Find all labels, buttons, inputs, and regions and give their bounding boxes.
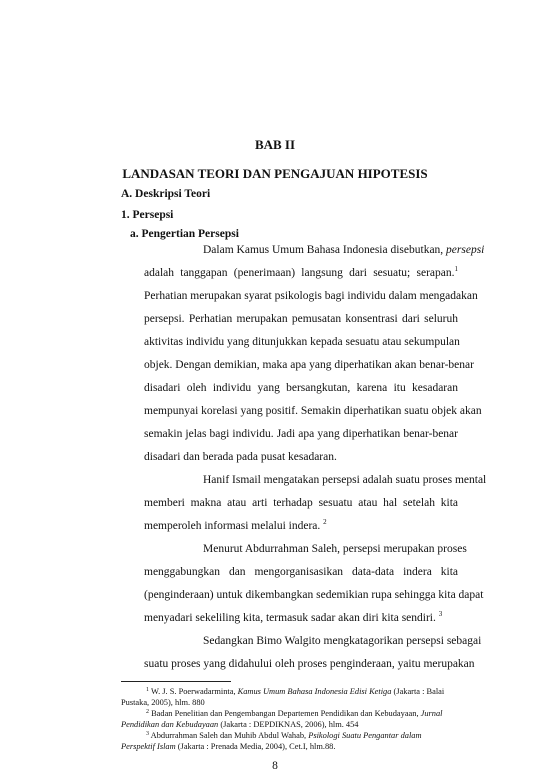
footnote-ref[interactable]: 2 [323,518,327,526]
chapter-title: LANDASAN TEORI DAN PENGAJUAN HIPOTESIS [0,166,550,182]
document-page: BAB II LANDASAN TEORI DAN PENGAJUAN HIPO… [0,0,550,777]
body-line: persepsi. Perhatian merupakan pemusatan … [144,312,458,326]
body-line: Dalam Kamus Umum Bahasa Indonesia disebu… [203,243,458,257]
footnote-3-cont: Perspektif Islam (Jakarta : Prenada Medi… [121,741,335,752]
footnote-2: 2 Badan Penelitian dan Pengembangan Depa… [146,708,443,719]
body-line: Sedangkan Bimo Walgito mengkatagorikan p… [203,634,458,648]
footnote-2-cont: Pendidikan dan Kebudayaan (Jakarta : DEP… [121,719,359,730]
section-heading-a: A. Deskripsi Teori [121,188,210,200]
body-line: menyadari sekeliling kita, termasuk sada… [144,611,458,625]
body-line: suatu proses yang didahului oleh proses … [144,657,458,671]
page-number: 8 [0,760,550,772]
footnote-ref[interactable]: 3 [439,610,443,618]
footnote-3: 3 Abdurrahman Saleh dan Muhib Abdul Waha… [146,730,422,741]
body-line: semakin jelas bagi individu. Jadi apa ya… [144,427,458,441]
body-line: menggabungkan dan mengorganisasikan data… [144,565,458,579]
subsubsection-heading-1a: a. Pengertian Persepsi [130,228,239,240]
footnote-1-cont: Pustaka, 2005), hlm. 880 [121,697,205,708]
footnote-separator [121,681,231,682]
body-line: Menurut Abdurrahman Saleh, persepsi meru… [203,542,458,556]
body-line: aktivitas individu yang ditunjukkan kepa… [144,335,458,349]
body-line: disadari oleh individu yang bersangkutan… [144,381,458,395]
body-line: memberi makna atau arti terhadap sesuatu… [144,496,458,510]
chapter-heading: BAB II [0,137,550,153]
body-line: adalah tanggapan (penerimaan) langsung d… [144,266,458,280]
body-line: mempunyai korelasi yang positif. Semakin… [144,404,458,418]
body-line: objek. Dengan demikian, maka apa yang di… [144,358,458,372]
body-line: disadari dan berada pada pusat kesadaran… [144,450,458,464]
body-line: memperoleh informasi melalui indera. 2 [144,519,458,533]
body-line: Hanif Ismail mengatakan persepsi adalah … [203,473,458,487]
footnote-1: 1 W. J. S. Poerwadarminta, Kamus Umum Ba… [146,686,444,697]
body-line: (penginderaan) untuk dikembangkan sedemi… [144,588,458,602]
footnote-ref[interactable]: 1 [455,265,459,273]
subsection-heading-1: 1. Persepsi [121,209,173,221]
body-line: Perhatian merupakan syarat psikologis ba… [144,289,458,303]
